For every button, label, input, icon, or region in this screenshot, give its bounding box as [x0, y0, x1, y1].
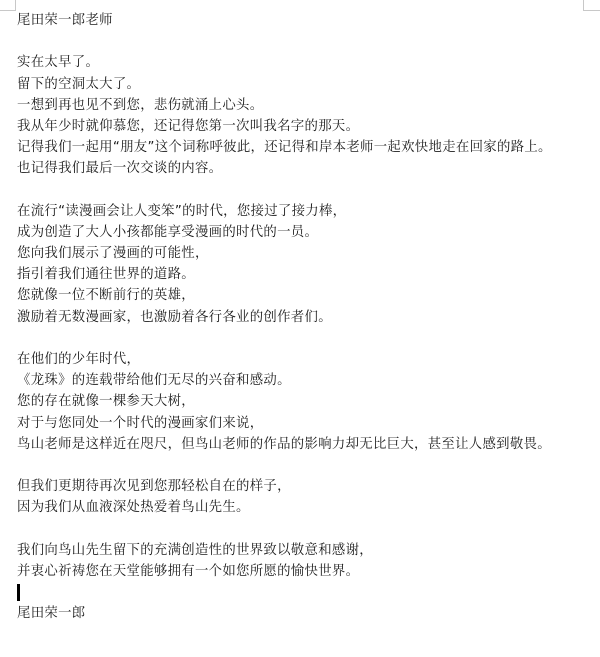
text-line: 成为创造了大人小孩都能享受漫画的时代的一员。	[17, 222, 592, 243]
document-page[interactable]: 尾田荣一郎老师 实在太早了。 留下的空洞太大了。 一想到再也见不到您，悲伤就涌上…	[17, 10, 592, 624]
text-line: 鸟山老师是这样近在咫尺，但鸟山老师的作品的影响力却无比巨大，甚至让人感到敬畏。	[17, 434, 592, 455]
text-line: 也记得我们最后一次交谈的内容。	[17, 158, 592, 179]
text-line: 我们向鸟山先生留下的充满创造性的世界致以敬意和感谢，	[17, 540, 592, 561]
text-line: 我从年少时就仰慕您，还记得您第一次叫我名字的那天。	[17, 116, 592, 137]
blank-line	[17, 519, 592, 540]
page-corner-mark-top-left	[0, 0, 16, 11]
paragraph-4: 但我们更期待再次见到您那轻松自在的样子， 因为我们从血液深处热爱着鸟山先生。	[17, 476, 592, 518]
signature: 尾田荣一郎	[17, 603, 592, 624]
blank-line	[17, 328, 592, 349]
text-line: 并衷心祈祷您在天堂能够拥有一个如您所愿的愉快世界。	[17, 561, 592, 582]
paragraph-5: 我们向鸟山先生留下的充满创造性的世界致以敬意和感谢， 并衷心祈祷您在天堂能够拥有…	[17, 540, 592, 582]
paragraph-2: 在流行“读漫画会让人变笨”的时代，您接过了接力棒， 成为创造了大人小孩都能享受漫…	[17, 201, 592, 328]
blank-line	[17, 31, 592, 52]
text-line: 在流行“读漫画会让人变笨”的时代，您接过了接力棒，	[17, 201, 592, 222]
text-line: 留下的空洞太大了。	[17, 74, 592, 95]
paragraph-1: 实在太早了。 留下的空洞太大了。 一想到再也见不到您，悲伤就涌上心头。 我从年少…	[17, 52, 592, 179]
text-line: 一想到再也见不到您，悲伤就涌上心头。	[17, 95, 592, 116]
text-line: 实在太早了。	[17, 52, 592, 73]
salutation: 尾田荣一郎老师	[17, 10, 592, 31]
text-line: 在他们的少年时代，	[17, 349, 592, 370]
paragraph-3: 在他们的少年时代， 《龙珠》的连载带给他们无尽的兴奋和感动。 您的存在就像一棵参…	[17, 349, 592, 455]
text-line: 您就像一位不断前行的英雄，	[17, 285, 592, 306]
text-line: 记得我们一起用“朋友”这个词称呼彼此，还记得和岸本老师一起欢快地走在回家的路上。	[17, 137, 592, 158]
text-line: 您的存在就像一棵参天大树，	[17, 391, 592, 412]
blank-line	[17, 455, 592, 476]
text-cursor	[17, 584, 20, 601]
text-line: 对于与您同处一个时代的漫画家们来说，	[17, 413, 592, 434]
text-line: 但我们更期待再次见到您那轻松自在的样子，	[17, 476, 592, 497]
text-line: 您向我们展示了漫画的可能性，	[17, 243, 592, 264]
cursor-line[interactable]	[17, 582, 592, 603]
text-line: 激励着无数漫画家，也激励着各行各业的创作者们。	[17, 307, 592, 328]
blank-line	[17, 180, 592, 201]
text-line: 指引着我们通往世界的道路。	[17, 264, 592, 285]
text-line: 因为我们从血液深处热爱着鸟山先生。	[17, 497, 592, 518]
text-line: 《龙珠》的连载带给他们无尽的兴奋和感动。	[17, 370, 592, 391]
